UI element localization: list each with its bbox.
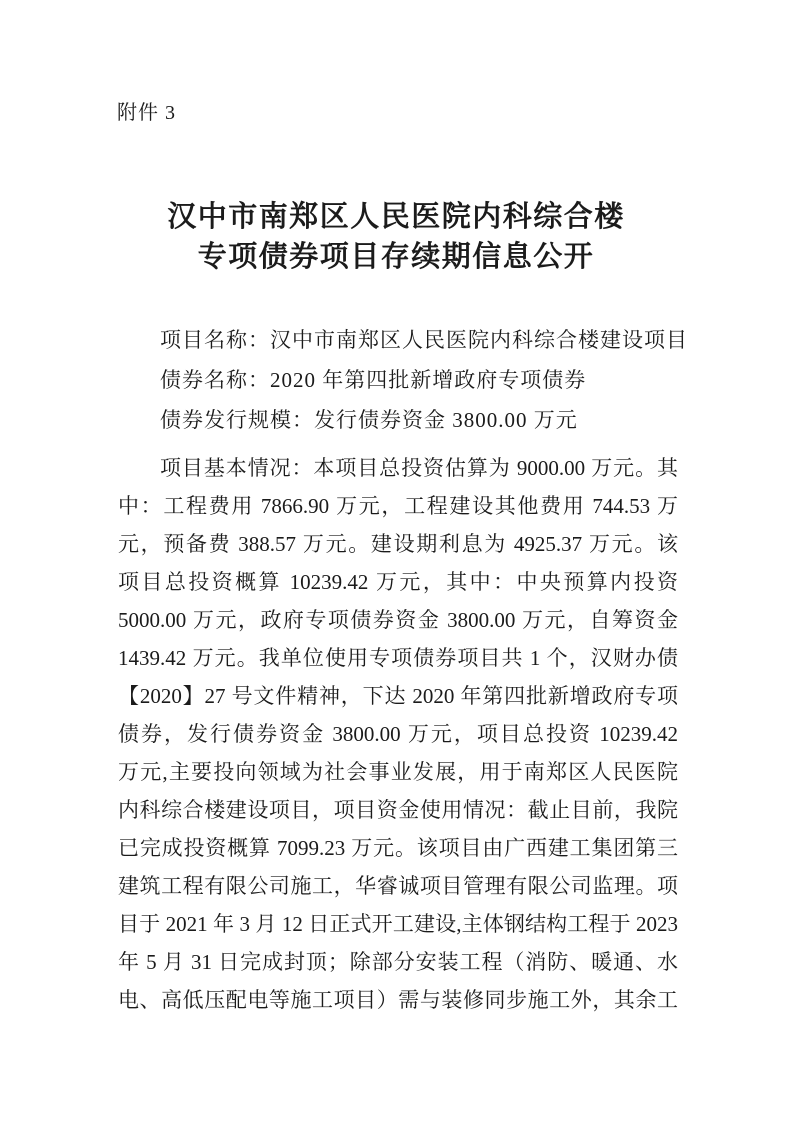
paragraph-line: 内科综合楼建设项目，项目资金使用情况：截止目前，我院 [118,791,678,829]
paragraph-line: 1439.42 万元。我单位使用专项债券项目共 1 个，汉财办债 [118,639,678,677]
paragraph-line: 万元,主要投向领域为社会事业发展，用于南郑区人民医院 [118,753,678,791]
info-line-bond-name: 债券名称：2020 年第四批新增政府专项债券 [118,360,678,400]
project-basic-situation-paragraph: 项目基本情况：本项目总投资估算为 9000.00 万元。其 中：工程费用 786… [118,449,678,1019]
info-line-bond-issue-scale: 债券发行规模：发行债券资金 3800.00 万元 [118,400,678,440]
paragraph-line: 【2020】27 号文件精神，下达 2020 年第四批新增政府专项 [118,677,678,715]
attachment-label: 附件 3 [117,99,176,127]
paragraph-line: 电、高低压配电等施工项目）需与装修同步施工外，其余工 [118,981,678,1019]
paragraph-line: 债券，发行债券资金 3800.00 万元，项目总投资 10239.42 [118,715,678,753]
paragraph-line: 元，预备费 388.57 万元。建设期利息为 4925.37 万元。该 [118,525,678,563]
paragraph-line: 目于 2021 年 3 月 12 日正式开工建设,主体钢结构工程于 2023 [118,905,678,943]
paragraph-line: 建筑工程有限公司施工，华睿诚项目管理有限公司监理。项 [118,867,678,905]
paragraph-line: 项目总投资概算 10239.42 万元，其中：中央预算内投资 [118,563,678,601]
document-title-line-2: 专项债券项目存续期信息公开 [116,237,676,277]
info-line-project-name: 项目名称：汉中市南郑区人民医院内科综合楼建设项目 [118,320,678,360]
paragraph-line: 年 5 月 31 日完成封顶；除部分安装工程（消防、暖通、水 [118,943,678,981]
document-title: 汉中市南郑区人民医院内科综合楼 专项债券项目存续期信息公开 [116,197,676,277]
document-title-line-1: 汉中市南郑区人民医院内科综合楼 [116,197,676,237]
document-page: 附件 3 汉中市南郑区人民医院内科综合楼 专项债券项目存续期信息公开 项目名称：… [0,0,792,1121]
paragraph-line: 中：工程费用 7866.90 万元，工程建设其他费用 744.53 万 [118,487,678,525]
paragraph-line: 5000.00 万元，政府专项债券资金 3800.00 万元，自筹资金 [118,601,678,639]
paragraph-line: 项目基本情况：本项目总投资估算为 9000.00 万元。其 [118,449,678,487]
paragraph-line: 已完成投资概算 7099.23 万元。该项目由广西建工集团第三 [118,829,678,867]
project-info-block: 项目名称：汉中市南郑区人民医院内科综合楼建设项目 债券名称：2020 年第四批新… [118,320,678,440]
